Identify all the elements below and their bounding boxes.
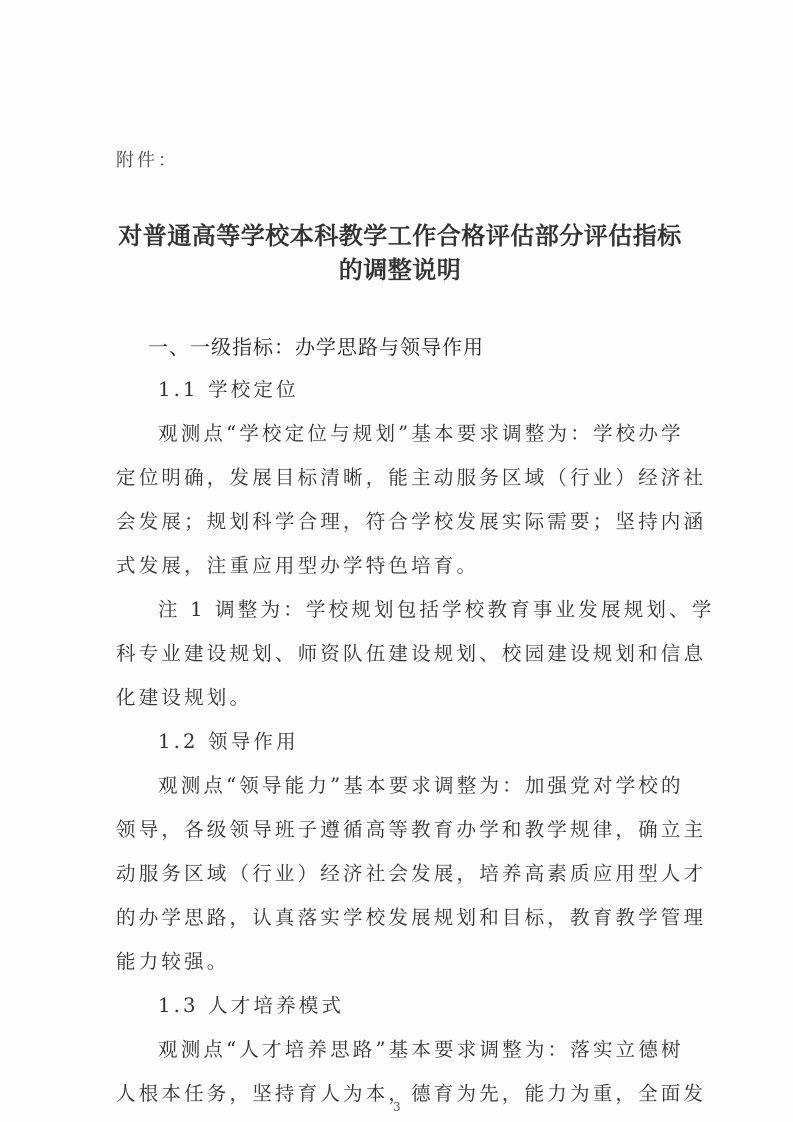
paragraph-line: 会发展；规划科学合理，符合学校发展实际需要；坚持内涵 — [116, 506, 706, 534]
paragraph-line: 定位明确，发展目标清晰，能主动服务区域（行业）经济社 — [116, 462, 706, 490]
paragraph-line: 观测点“学校定位与规划”基本要求调整为：学校办学 — [158, 418, 684, 446]
subsection-heading-1-1: 1.1 学校定位 — [158, 374, 299, 402]
attachment-label: 附件： — [116, 146, 179, 172]
paragraph-line: 式发展，注重应用型办学特色培育。 — [116, 550, 479, 578]
document-title-line-2: 的调整说明 — [100, 250, 700, 285]
section-heading: 一、一级指标：办学思路与领导作用 — [148, 331, 484, 360]
paragraph-line: 动服务区域（行业）经济社会发展，培养高素质应用型人才 — [116, 858, 706, 886]
page-number: 3 — [393, 1100, 401, 1114]
paragraph-line: 人根本任务，坚持育人为本，德育为先，能力为重，全面发 — [116, 1078, 706, 1106]
subsection-heading-1-2: 1.2 领导作用 — [158, 726, 299, 754]
paragraph-line: 注 1 调整为：学校规划包括学校教育事业发展规划、学 — [158, 594, 715, 622]
document-title-line-1: 对普通高等学校本科教学工作合格评估部分评估指标 — [100, 216, 700, 251]
paragraph-line: 领导，各级领导班子遵循高等教育办学和教学规律，确立主 — [116, 814, 706, 842]
subsection-heading-1-3: 1.3 人才培养模式 — [158, 990, 344, 1018]
paragraph-line: 的办学思路，认真落实学校发展规划和目标，教育教学管理 — [116, 902, 706, 930]
paragraph-line: 观测点“领导能力”基本要求调整为：加强党对学校的 — [158, 770, 684, 798]
paragraph-line: 化建设规划。 — [116, 682, 252, 710]
paragraph-line: 观测点“人才培养思路”基本要求调整为：落实立德树 — [158, 1034, 684, 1062]
paragraph-line: 能力较强。 — [116, 946, 230, 974]
paragraph-line: 科专业建设规划、师资队伍建设规划、校园建设规划和信息 — [116, 638, 706, 666]
